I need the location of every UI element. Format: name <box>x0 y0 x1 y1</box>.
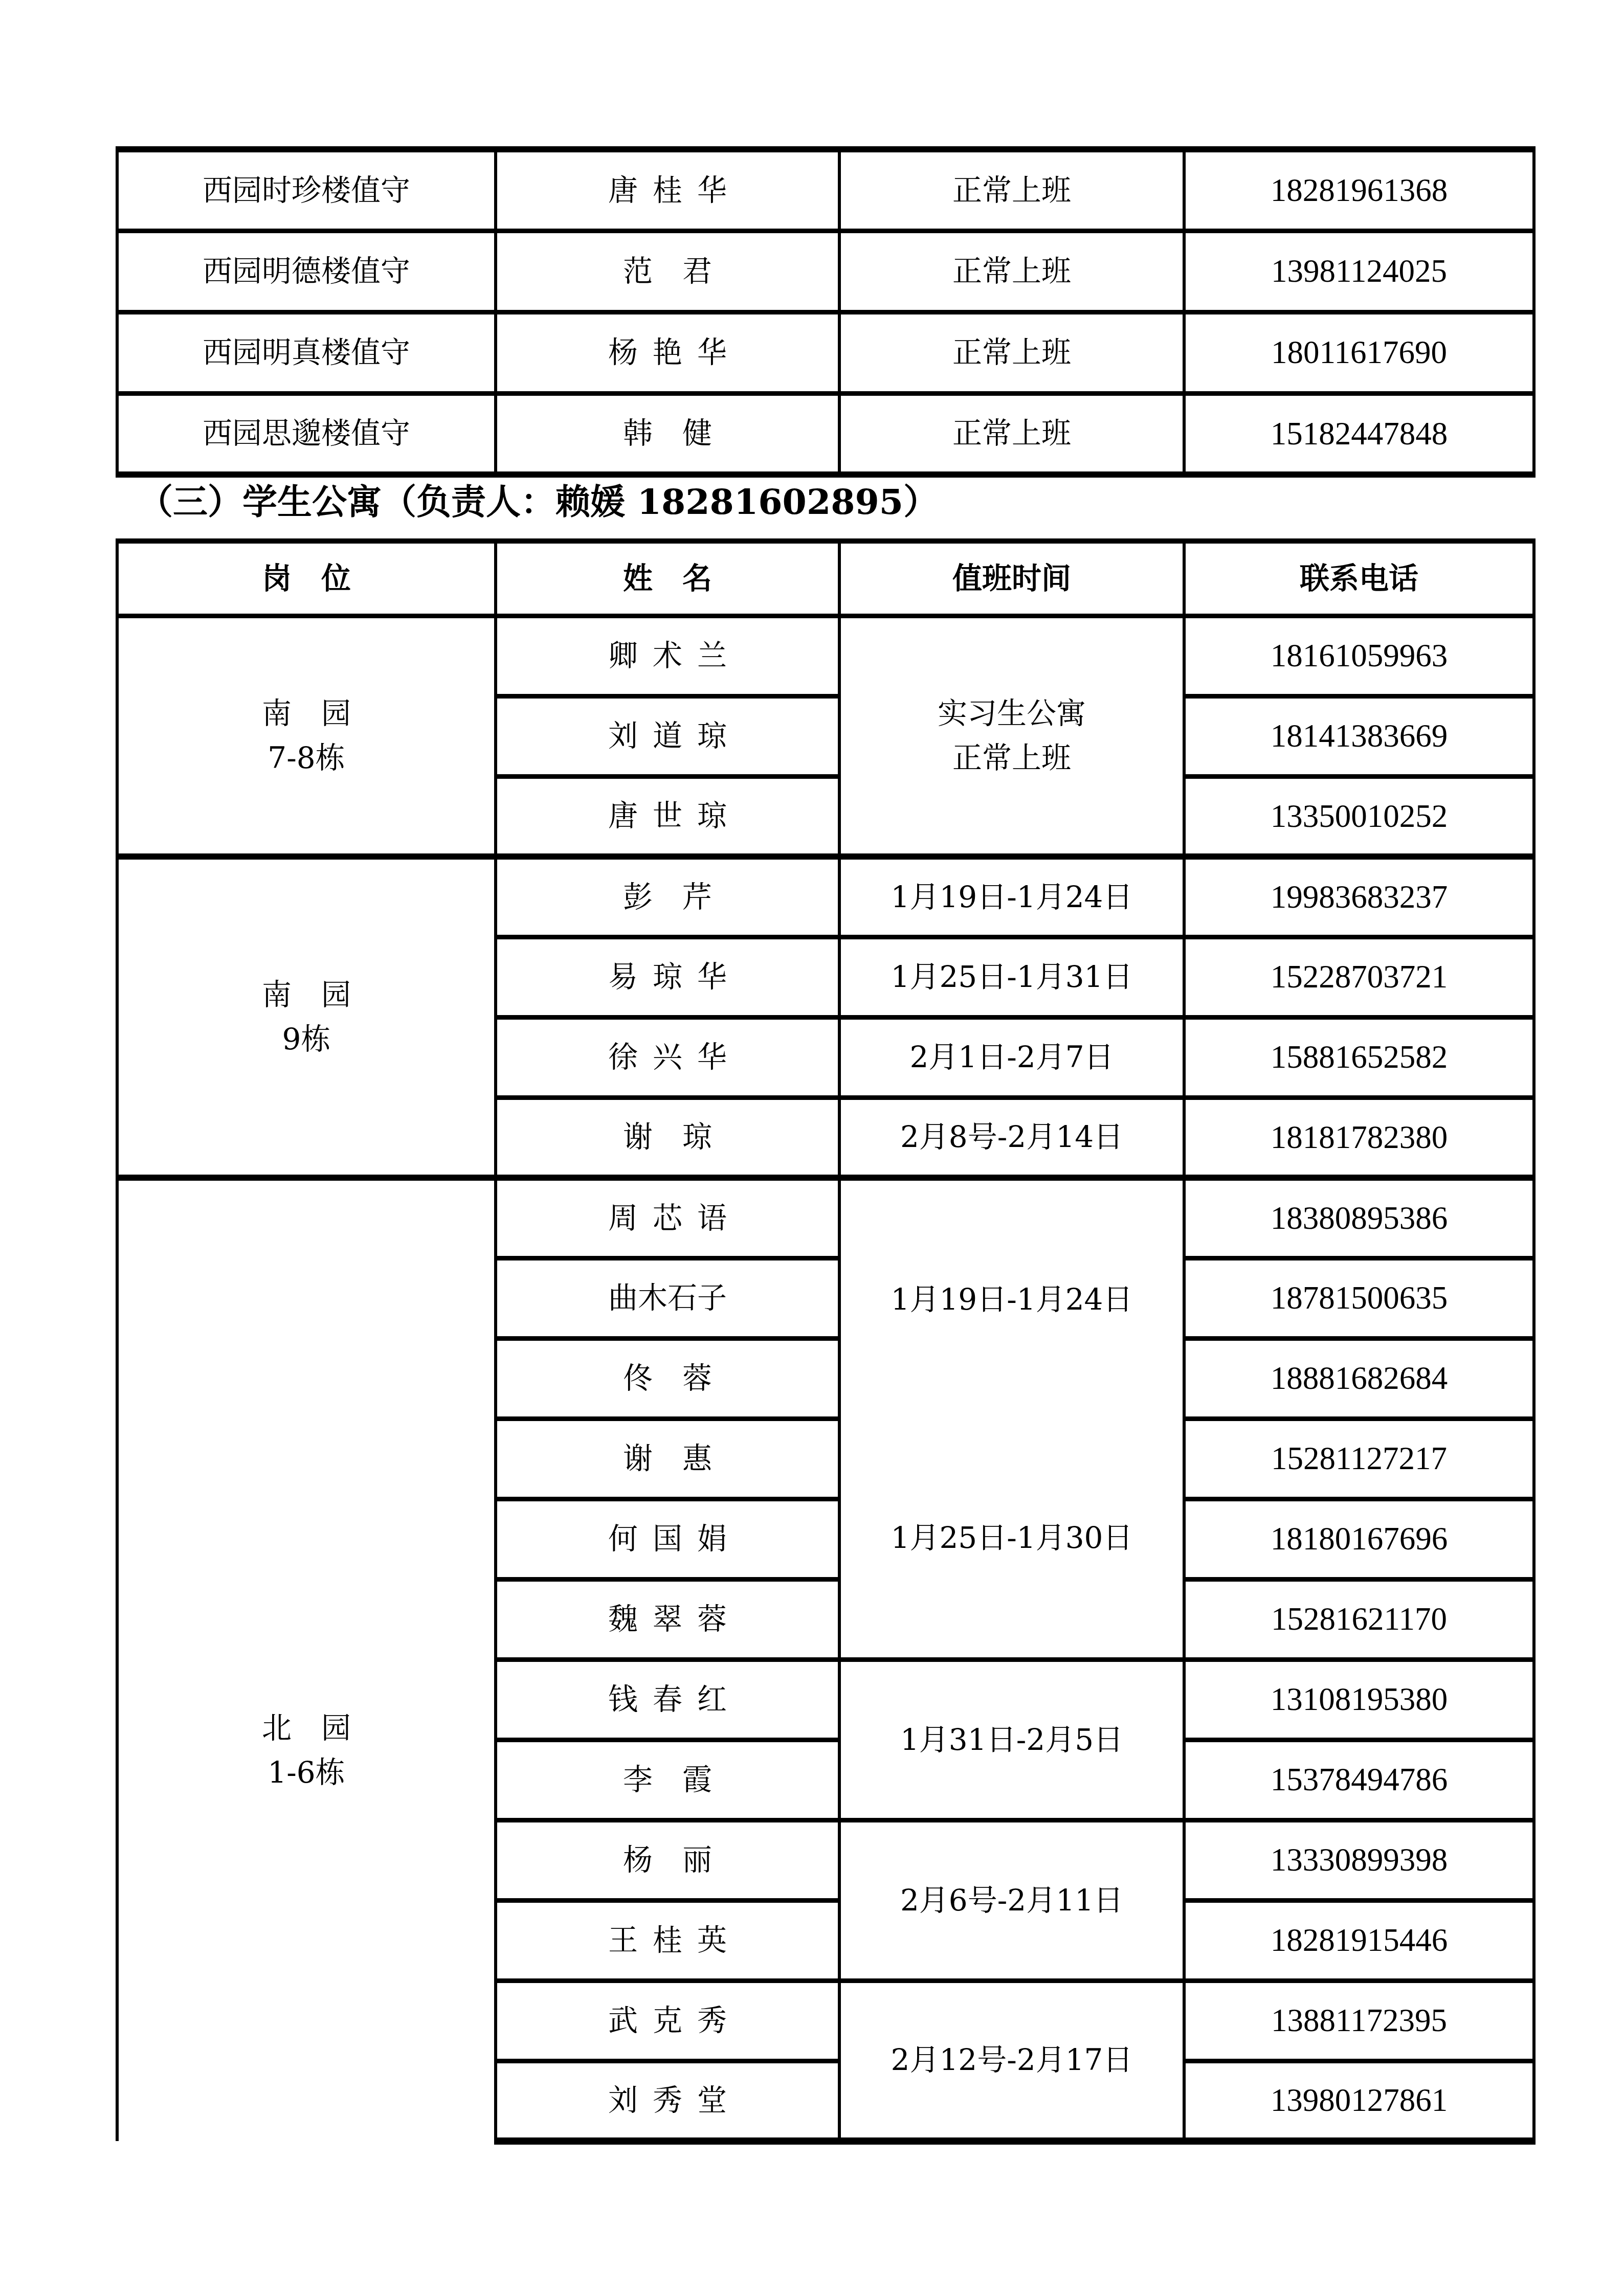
phone-cell: 18881682684 <box>1184 1338 1534 1419</box>
duty-row: 西园明真楼值守 杨艳华 正常上班 18011617690 <box>117 312 1534 393</box>
phone-cell: 18181782380 <box>1184 1097 1534 1178</box>
time-cell: 2月1日-2月7日 <box>839 1017 1184 1097</box>
time-cell: 1月19日-1月24日 <box>839 857 1184 937</box>
post-group-cell: 北园 1-6栋 <box>117 1178 496 2141</box>
name-cell: 唐世琼 <box>496 776 839 857</box>
name-cell: 魏翠蓉 <box>496 1579 839 1659</box>
time-merged-cell: 1月25日-1月30日 <box>839 1419 1184 1659</box>
col-header-time: 值班时间 <box>839 541 1184 616</box>
name-cell: 武克秀 <box>496 1980 839 2061</box>
document-page: 西园时珍楼值守 唐桂华 正常上班 18281961368 西园明德楼值守 范君 … <box>0 0 1624 2296</box>
time-cell: 正常上班 <box>839 149 1184 231</box>
time-merged-cell: 2月6号-2月11日 <box>839 1820 1184 1980</box>
name-cell: 佟蓉 <box>496 1338 839 1419</box>
time-merged-cell: 2月12号-2月17日 <box>839 1980 1184 2141</box>
phone-cell: 13980127861 <box>1184 2061 1534 2141</box>
name-cell: 徐兴华 <box>496 1017 839 1097</box>
student-apartment-duty-table: 岗位 姓名 值班时间 联系电话 南园 7-8栋 卿术兰 实习生公寓 正常上班 1… <box>116 538 1536 2145</box>
phone-cell: 18141383669 <box>1184 696 1534 776</box>
name-cell: 周芯语 <box>496 1178 839 1258</box>
col-header-name: 姓名 <box>496 541 839 616</box>
name-cell: 唐桂华 <box>496 149 839 231</box>
phone-cell: 13350010252 <box>1184 776 1534 857</box>
phone-cell: 18281915446 <box>1184 1900 1534 1980</box>
duty-row: 北园 1-6栋 周芯语 1月19日-1月24日 18380895386 <box>117 1178 1534 1258</box>
phone-cell: 13881172395 <box>1184 1980 1534 2061</box>
phone-cell: 18161059963 <box>1184 616 1534 696</box>
time-cell: 正常上班 <box>839 312 1184 393</box>
time-cell: 正常上班 <box>839 393 1184 475</box>
duty-row: 西园明德楼值守 范君 正常上班 13981124025 <box>117 231 1534 312</box>
time-cell: 正常上班 <box>839 231 1184 312</box>
phone-cell: 13981124025 <box>1184 231 1534 312</box>
time-merged-cell: 1月31日-2月5日 <box>839 1659 1184 1820</box>
name-cell: 刘道琼 <box>496 696 839 776</box>
phone-cell: 18281961368 <box>1184 149 1534 231</box>
phone-cell: 18180167696 <box>1184 1499 1534 1579</box>
name-cell: 谢惠 <box>496 1419 839 1499</box>
duty-row: 南园 9栋 彭芹 1月19日-1月24日 19983683237 <box>117 857 1534 937</box>
name-cell: 杨艳华 <box>496 312 839 393</box>
table-header-row: 岗位 姓名 值班时间 联系电话 <box>117 541 1534 616</box>
name-cell: 易琼华 <box>496 937 839 1017</box>
phone-cell: 13108195380 <box>1184 1659 1534 1740</box>
name-cell: 范君 <box>496 231 839 312</box>
post-group-cell: 南园 7-8栋 <box>117 616 496 857</box>
name-cell: 李霞 <box>496 1740 839 1820</box>
post-cell: 西园思邈楼值守 <box>117 393 496 475</box>
phone-cell: 19983683237 <box>1184 857 1534 937</box>
name-cell: 曲木石子 <box>496 1258 839 1338</box>
phone-cell: 15281621170 <box>1184 1579 1534 1659</box>
name-cell: 钱春红 <box>496 1659 839 1740</box>
name-cell: 何国娟 <box>496 1499 839 1579</box>
phone-cell: 15378494786 <box>1184 1740 1534 1820</box>
name-cell: 刘秀堂 <box>496 2061 839 2141</box>
duty-row: 南园 7-8栋 卿术兰 实习生公寓 正常上班 18161059963 <box>117 616 1534 696</box>
name-cell: 谢琼 <box>496 1097 839 1178</box>
col-header-phone: 联系电话 <box>1184 541 1534 616</box>
time-merged-cell: 1月19日-1月24日 <box>839 1178 1184 1419</box>
col-header-post: 岗位 <box>117 541 496 616</box>
post-cell: 西园时珍楼值守 <box>117 149 496 231</box>
west-campus-building-duty-table: 西园时珍楼值守 唐桂华 正常上班 18281961368 西园明德楼值守 范君 … <box>116 146 1536 478</box>
time-merged-cell: 实习生公寓 正常上班 <box>839 616 1184 857</box>
phone-cell: 18011617690 <box>1184 312 1534 393</box>
name-cell: 王桂英 <box>496 1900 839 1980</box>
post-group-cell: 南园 9栋 <box>117 857 496 1178</box>
name-cell: 卿术兰 <box>496 616 839 696</box>
phone-cell: 15228703721 <box>1184 937 1534 1017</box>
phone-cell: 15182447848 <box>1184 393 1534 475</box>
post-cell: 西园明真楼值守 <box>117 312 496 393</box>
name-cell: 杨丽 <box>496 1820 839 1900</box>
section-heading: （三）学生公寓（负责人：赖媛 18281602895） <box>138 482 938 524</box>
phone-cell: 15281127217 <box>1184 1419 1534 1499</box>
name-cell: 韩健 <box>496 393 839 475</box>
phone-cell: 13330899398 <box>1184 1820 1534 1900</box>
name-cell: 彭芹 <box>496 857 839 937</box>
time-cell: 1月25日-1月31日 <box>839 937 1184 1017</box>
phone-cell: 18380895386 <box>1184 1178 1534 1258</box>
duty-row: 西园思邈楼值守 韩健 正常上班 15182447848 <box>117 393 1534 475</box>
phone-cell: 15881652582 <box>1184 1017 1534 1097</box>
phone-cell: 18781500635 <box>1184 1258 1534 1338</box>
duty-row: 西园时珍楼值守 唐桂华 正常上班 18281961368 <box>117 149 1534 231</box>
time-cell: 2月8号-2月14日 <box>839 1097 1184 1178</box>
post-cell: 西园明德楼值守 <box>117 231 496 312</box>
